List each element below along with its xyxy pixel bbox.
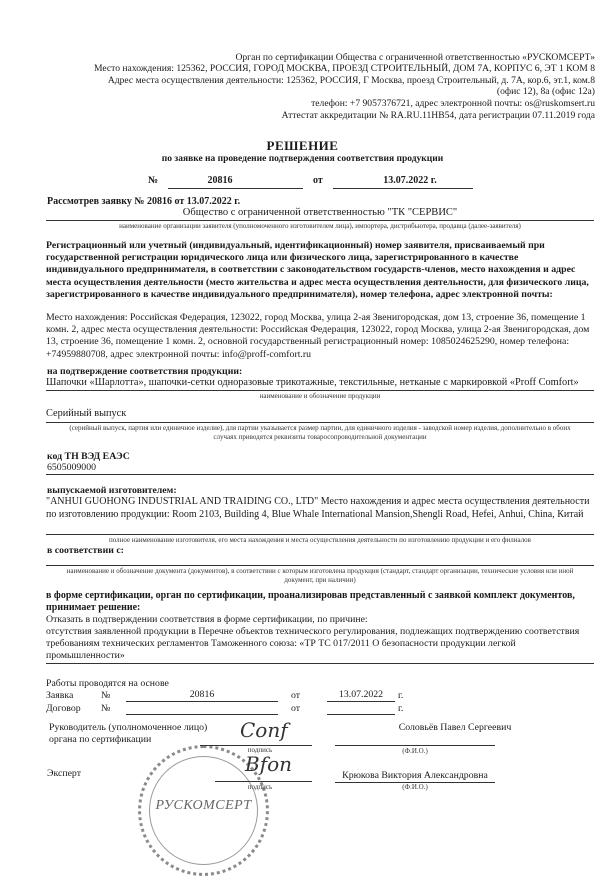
expert-label: Эксперт bbox=[47, 768, 81, 779]
head-fio-line bbox=[335, 745, 495, 746]
expert-sign-line bbox=[215, 781, 312, 782]
date-label: от bbox=[313, 175, 323, 186]
manufacturer-heading: выпускаемой изготовителем: bbox=[47, 485, 177, 496]
basis-heading: Работы проводятся на основе bbox=[46, 678, 169, 689]
head-label-line2: органа по сертификации bbox=[49, 734, 151, 745]
decision-underline bbox=[46, 663, 594, 664]
decision-reason: отсутствия заявленной продукции в Перечн… bbox=[46, 626, 594, 662]
product-caption: наименование и обозначение продукции bbox=[46, 392, 594, 400]
compliance-caption: наименование и обозначение документа (до… bbox=[56, 567, 584, 585]
basis-contract-suffix: г. bbox=[398, 703, 403, 714]
expert-fio-caption: (Ф.И.О.) bbox=[335, 783, 495, 791]
head-fio-caption: (Ф.И.О.) bbox=[335, 747, 495, 755]
compliance-underline bbox=[46, 565, 594, 566]
manufacturer-caption: полное наименование изготовителя, его ме… bbox=[46, 536, 594, 544]
decision-heading: в форме сертификации, орган по сертифика… bbox=[46, 590, 594, 614]
basis-contract-num-label: № bbox=[101, 703, 110, 714]
manufacturer-underline bbox=[46, 534, 594, 535]
head-label-line1: Руководитель (уполномоченное лицо) bbox=[49, 722, 207, 733]
applicant-underline bbox=[46, 220, 594, 221]
expert-signature: Bfon bbox=[245, 752, 292, 776]
registration-details: Место нахождения: Российская Федерация, … bbox=[46, 312, 594, 361]
basis-application-date-line bbox=[327, 701, 395, 702]
tnved-code: 6505009000 bbox=[47, 462, 96, 473]
expert-name: Крюкова Виктория Александровна bbox=[335, 770, 495, 781]
head-name: Соловьёв Павел Сергеевич bbox=[375, 722, 535, 733]
product-underline bbox=[46, 390, 594, 391]
tnved-heading: код ТН ВЭД ЕАЭС bbox=[47, 451, 130, 462]
release-type: Серийный выпуск bbox=[46, 408, 126, 419]
manufacturer-details: "ANHUI GUOHONG INDUSTRIAL AND TRAIDING C… bbox=[46, 496, 594, 521]
basis-application-number-line bbox=[126, 701, 278, 702]
product-name: Шапочки «Шарлотта», шапочки-сетки однора… bbox=[46, 377, 579, 388]
number-label: № bbox=[148, 175, 158, 186]
basis-contract-date-line bbox=[327, 714, 395, 715]
basis-application-suffix: г. bbox=[398, 690, 403, 701]
basis-contract-label: Договор bbox=[46, 703, 81, 714]
expert-sign-caption: подпись bbox=[220, 783, 300, 791]
date-underline bbox=[333, 188, 473, 189]
decision-number: 20816 bbox=[170, 175, 270, 186]
applicant-caption: наименование организации заявителя (упол… bbox=[46, 222, 594, 230]
basis-application-date: 13.07.2022 bbox=[327, 689, 395, 700]
considered-application: Рассмотрев заявку № 20816 от 13.07.2022 … bbox=[47, 196, 240, 207]
basis-application-date-label: от bbox=[291, 690, 300, 701]
document-title: РЕШЕНИЕ bbox=[0, 138, 605, 154]
header-line-accreditation: Аттестат аккредитации № RA.RU.11НВ54, да… bbox=[282, 110, 595, 122]
basis-application-num-label: № bbox=[101, 690, 110, 701]
header-line-location: Место нахождения: 125362, РОССИЯ, ГОРОД … bbox=[94, 63, 595, 75]
document-subtitle: по заявке на проведение подтверждения со… bbox=[0, 154, 605, 164]
basis-application-label: Заявка bbox=[46, 690, 73, 701]
basis-contract-number-line bbox=[126, 714, 278, 715]
basis-contract-date-label: от bbox=[291, 703, 300, 714]
number-underline bbox=[168, 188, 303, 189]
header-line-org: Орган по сертификации Общества с огранич… bbox=[235, 52, 595, 64]
head-signature: Conf bbox=[240, 718, 288, 742]
release-underline bbox=[46, 422, 594, 423]
header-line-contacts: телефон: +7 9057376721, адрес электронно… bbox=[311, 98, 595, 110]
stamp-text: РУСКОМСЕРТ bbox=[141, 798, 266, 814]
tnved-underline bbox=[46, 474, 594, 475]
applicant-name: Общество с ограниченной ответственностью… bbox=[46, 207, 594, 218]
header-line-activity-address: Адрес места осуществления деятельности: … bbox=[108, 75, 595, 87]
release-caption: (серийный выпуск, партия или единичное и… bbox=[66, 424, 574, 442]
compliance-heading: в соответствии с: bbox=[47, 545, 124, 556]
decision-date: 13.07.2022 г. bbox=[345, 175, 475, 186]
header-line-office: (офис 12), 8а (офис 12а) bbox=[497, 86, 595, 98]
basis-application-number: 20816 bbox=[126, 689, 278, 700]
decision-text: Отказать в подтверждении соответствия в … bbox=[46, 614, 368, 625]
product-heading: на подтверждение соответствия продукции: bbox=[47, 366, 242, 377]
registration-heading: Регистрационный или учетный (индивидуаль… bbox=[46, 240, 594, 301]
